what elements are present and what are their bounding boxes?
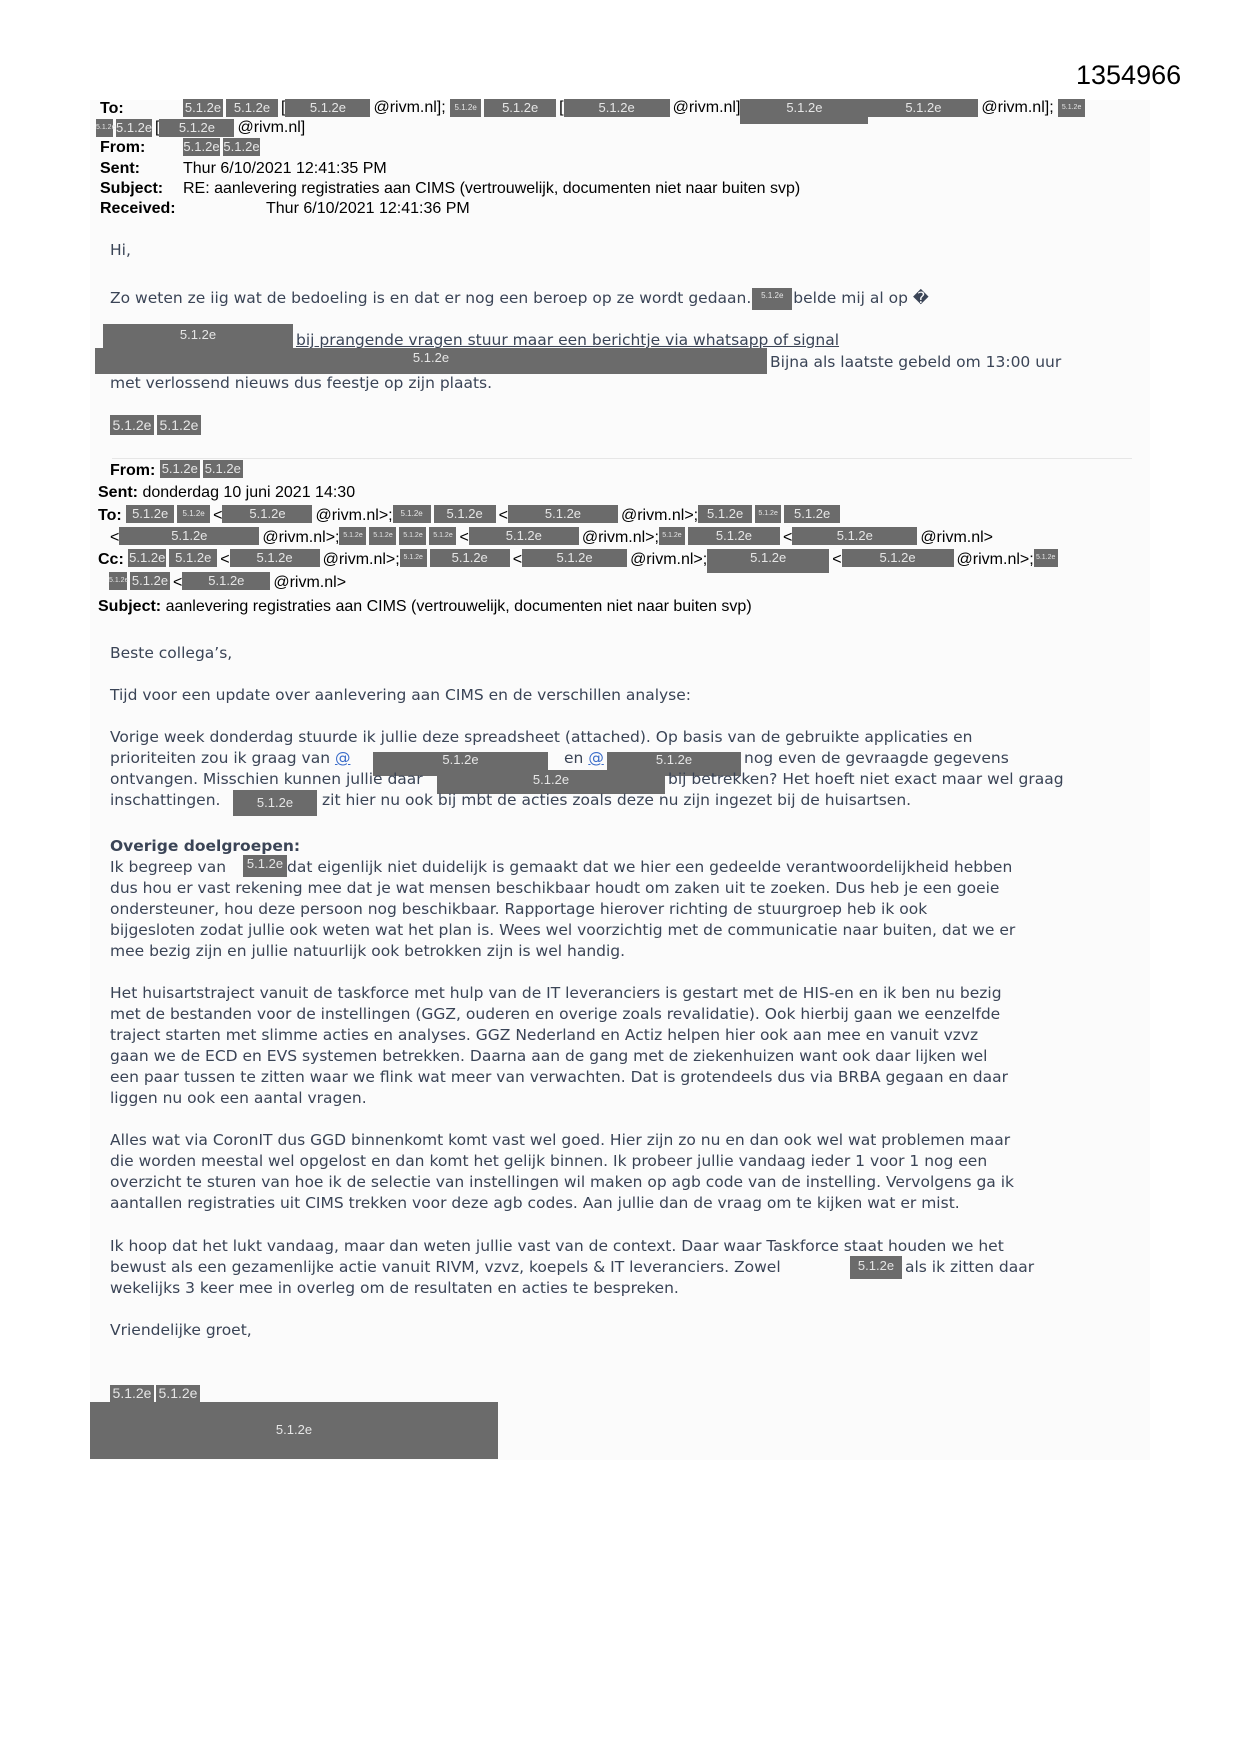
p3-line-6: liggen nu ook een aantal vragen. bbox=[110, 1088, 367, 1109]
inner-to-line-2: <5.1.2e@rivm.nl>;5.1.2e5.1.2e5.1.2e5.1.2… bbox=[110, 527, 993, 550]
outer-subject-line: Subject: bbox=[100, 180, 163, 198]
reply-greeting: Hi, bbox=[110, 240, 131, 261]
inner-cc-line-2: 5.1.2e5.1.2e<5.1.2e@rivm.nl> bbox=[109, 572, 346, 595]
reply-line-1: Zo weten ze iig wat de bedoeling is en d… bbox=[110, 288, 929, 310]
redaction: 5.1.2e bbox=[226, 99, 278, 117]
p3-line-3: traject starten met slimme acties en ana… bbox=[110, 1025, 978, 1046]
redaction: 5.1.2e bbox=[659, 527, 685, 545]
redaction: 5.1.2e bbox=[339, 527, 366, 545]
email-domain: @rivm.nl]; bbox=[981, 99, 1053, 116]
redaction: 5.1.2e bbox=[126, 505, 174, 523]
from-label: From: bbox=[100, 139, 145, 156]
redaction: 5.1.2e bbox=[784, 505, 840, 523]
inner-cc-line-1: Cc: 5.1.2e5.1.2e<5.1.2e@rivm.nl>;5.1.2e5… bbox=[98, 549, 1061, 573]
divider bbox=[112, 458, 1132, 459]
inner-subject-line: Subject: aanlevering registraties aan CI… bbox=[98, 596, 752, 619]
redaction: 5.1.2e bbox=[522, 549, 627, 567]
redaction: 5.1.2e bbox=[160, 460, 200, 478]
original-greeting: Beste collega’s, bbox=[110, 643, 232, 664]
p1-line-4: inschattingen. bbox=[110, 790, 220, 811]
reply-line-3: Bijna als laatste gebeld om 13:00 uur bbox=[770, 352, 1061, 373]
email-link[interactable]: @ bbox=[588, 749, 604, 767]
redaction: 5.1.2e bbox=[223, 138, 260, 156]
redaction: 5.1.2e bbox=[110, 415, 154, 435]
redaction: 5.1.2e bbox=[698, 505, 752, 523]
p3-line-4: gaan we de ECD en EVS systemen betrekken… bbox=[110, 1046, 987, 1067]
outer-received-value: Thur 6/10/2021 12:41:36 PM bbox=[266, 200, 470, 218]
redaction: 5.1.2e bbox=[183, 138, 220, 156]
redaction: 5.1.2e bbox=[707, 549, 829, 573]
p2-line-5: mee bezig zijn en jullie natuurlijk ook … bbox=[110, 941, 625, 962]
p2-line-3: ondersteuner, hou deze persoon nog besch… bbox=[110, 899, 927, 920]
redaction: 5.1.2e bbox=[1034, 549, 1058, 567]
redaction: 5.1.2e bbox=[130, 572, 170, 590]
redaction: 5.1.2e bbox=[469, 527, 579, 545]
email-link[interactable]: @ bbox=[335, 749, 351, 767]
redaction: 5.1.2e bbox=[792, 527, 917, 545]
p2-line-2: dus hou er vast rekening mee dat je wat … bbox=[110, 878, 999, 899]
redaction: 5.1.2e bbox=[109, 572, 127, 590]
email-domain: @rivm.nl] bbox=[237, 119, 305, 136]
redaction: 5.1.2e bbox=[508, 505, 618, 523]
redaction: 5.1.2e bbox=[868, 99, 978, 117]
redaction: 5.1.2e bbox=[430, 549, 510, 567]
reply-line-4: met verlossend nieuws dus feestje op zij… bbox=[110, 373, 492, 394]
p3-line-1: Het huisartstraject vanuit de taskforce … bbox=[110, 983, 1002, 1004]
redaction: 5.1.2e bbox=[285, 99, 370, 117]
redaction: 5.1.2e bbox=[688, 527, 780, 545]
redaction: 5.1.2e bbox=[233, 790, 317, 816]
section-heading: Overige doelgroepen: bbox=[110, 836, 300, 857]
inner-to-line-1: To: 5.1.2e5.1.2e<5.1.2e@rivm.nl>;5.1.2e5… bbox=[98, 505, 843, 528]
redaction: 5.1.2e bbox=[95, 348, 767, 374]
redaction: 5.1.2e bbox=[119, 527, 259, 545]
outer-from-line: From: bbox=[100, 139, 145, 157]
p3-line-5: een paar tussen te zitten waar we flink … bbox=[110, 1067, 1008, 1088]
redaction: 5.1.2e bbox=[400, 549, 427, 567]
outer-to-recipients-2: 5.1.2e5.1.2e[5.1.2e@rivm.nl] bbox=[96, 119, 305, 137]
signature-redaction: 5.1.2e bbox=[90, 1402, 498, 1459]
p5-line-3: wekelijks 3 keer mee in overleg om de re… bbox=[110, 1278, 679, 1299]
email-domain: @rivm.nl] bbox=[673, 99, 741, 116]
outer-subject-value: RE: aanlevering registraties aan CIMS (v… bbox=[183, 180, 800, 198]
redaction: 5.1.2e bbox=[110, 1385, 154, 1402]
redaction: 5.1.2e bbox=[222, 505, 312, 523]
redaction: 5.1.2e bbox=[203, 460, 243, 478]
original-intro: Tijd voor een update over aanlevering aa… bbox=[110, 685, 691, 706]
p3-line-2: met de bestanden voor de instellingen (G… bbox=[110, 1004, 1000, 1025]
redaction: 5.1.2e bbox=[159, 119, 234, 137]
redaction: 5.1.2e bbox=[399, 527, 426, 545]
redaction: 5.1.2e bbox=[157, 415, 201, 435]
redaction: 5.1.2e bbox=[103, 324, 293, 349]
outer-to-recipients-1: 5.1.2e5.1.2e[5.1.2e@rivm.nl]; 5.1.2e5.1.… bbox=[183, 99, 1088, 124]
p4-line-2: die worden meestal wel opgelost en dan k… bbox=[110, 1151, 987, 1172]
document-number: 1354966 bbox=[1076, 60, 1181, 91]
redaction: 5.1.2e bbox=[1058, 99, 1085, 117]
redaction: 5.1.2e bbox=[564, 99, 670, 117]
to-label: To: bbox=[100, 100, 124, 117]
redaction: 5.1.2e bbox=[393, 505, 431, 523]
redaction: 5.1.2e bbox=[128, 549, 166, 567]
p2-line-1: Ik begreep van bbox=[110, 857, 226, 878]
redaction: 5.1.2e bbox=[429, 527, 456, 545]
redaction: 5.1.2e bbox=[484, 99, 556, 117]
email-domain: @rivm.nl]; bbox=[373, 99, 445, 116]
p4-line-4: aantallen registraties uit CIMS trekken … bbox=[110, 1193, 960, 1214]
redaction: 5.1.2e bbox=[183, 99, 223, 117]
redaction: 5.1.2e bbox=[450, 99, 481, 117]
redaction: 5.1.2e bbox=[755, 505, 781, 523]
redaction: 5.1.2e bbox=[230, 549, 320, 567]
p1-line-3: ontvangen. Misschien kunnen jullie daar bbox=[110, 769, 423, 790]
closing: Vriendelijke groet, bbox=[110, 1320, 252, 1341]
redaction: 5.1.2e bbox=[177, 505, 210, 523]
p2-line-4: bijgesloten zodat jullie ook weten wat h… bbox=[110, 920, 1015, 941]
p1-line-1: Vorige week donderdag stuurde ik jullie … bbox=[110, 727, 973, 748]
redaction: 5.1.2e bbox=[156, 1385, 200, 1402]
redaction: 5.1.2e bbox=[369, 527, 396, 545]
p4-line-1: Alles wat via CoronIT dus GGD binnenkomt… bbox=[110, 1130, 1010, 1151]
redaction: 5.1.2e bbox=[96, 119, 113, 137]
p1-line-2: prioriteiten zou ik graag van @ bbox=[110, 748, 350, 769]
outer-to-line: To: bbox=[100, 100, 124, 118]
inner-from-line: From: 5.1.2e5.1.2e bbox=[110, 460, 246, 483]
redaction: 5.1.2e bbox=[116, 119, 152, 137]
outer-sent-line: Sent: bbox=[100, 160, 140, 178]
reply-signature: 5.1.2e5.1.2e bbox=[110, 415, 204, 435]
redaction: 5.1.2e bbox=[169, 549, 217, 567]
redaction: 5.1.2e bbox=[182, 572, 270, 590]
redaction: 5.1.2e bbox=[842, 549, 954, 567]
redaction: 5.1.2e bbox=[243, 855, 287, 877]
inner-sent-line: Sent: donderdag 10 juni 2021 14:30 bbox=[98, 482, 355, 505]
p5-line-1: Ik hoop dat het lukt vandaag, maar dan w… bbox=[110, 1236, 1004, 1257]
signature-name: 5.1.2e5.1.2e bbox=[110, 1385, 203, 1403]
outer-received-line: Received: bbox=[100, 200, 176, 218]
redaction: 5.1.2e bbox=[740, 99, 868, 124]
redaction: 5.1.2e bbox=[434, 505, 496, 523]
p5-line-2: bewust als een gezamenlijke actie vanuit… bbox=[110, 1257, 781, 1278]
p4-line-3: overzicht te sturen van hoe ik de select… bbox=[110, 1172, 1014, 1193]
redaction: 5.1.2e bbox=[850, 1256, 902, 1279]
outer-sent-value: Thur 6/10/2021 12:41:35 PM bbox=[183, 160, 387, 178]
redaction: 5.1.2e bbox=[752, 288, 792, 310]
